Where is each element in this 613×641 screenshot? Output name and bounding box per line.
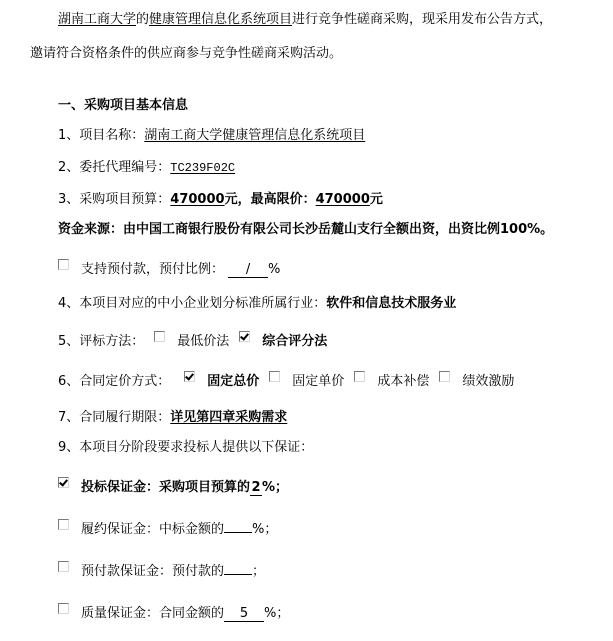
prepay-label: 支持预付款，预付比例： [81, 262, 224, 277]
performance-incentive-checkbox[interactable] [439, 371, 450, 382]
guarantee-quality: 质量保证金：合同金额的5%； [58, 606, 289, 622]
buyer-name: 湖南工商大学 [58, 12, 136, 27]
item-pricing-method: 6、合同定价方式：固定总价固定单价成本补偿绩效激励 [58, 374, 514, 390]
item7-label: 7、合同履行期限： [58, 410, 170, 425]
item6-label: 6、合同定价方式： [58, 374, 170, 389]
bid-guarantee-label: 投标保证金：采购项目预算的 [81, 480, 250, 495]
prepay-suffix: % [268, 262, 280, 277]
prepayment-guarantee-checkbox[interactable] [58, 561, 69, 572]
quality-guarantee-value: 5 [224, 607, 264, 622]
item2-value: TC239F02C [170, 161, 235, 175]
item-budget: 3、采购项目预算：470000元，最高限价：470000元 [58, 192, 383, 208]
item-evaluation-method: 5、评标方法：最低价法综合评分法 [58, 334, 327, 350]
section-heading: 一、采购项目基本信息 [58, 98, 188, 114]
budget-value: 470000 [170, 192, 224, 207]
fixed-unit-checkbox[interactable] [269, 371, 280, 382]
item7-value: 详见第四章采购需求 [170, 410, 287, 425]
funding-text: 资金来源：由中国工商银行股份有限公司长沙岳麓山支行全额出资，出资比例100%。 [58, 222, 553, 237]
fixed-unit-label: 固定单价 [292, 374, 344, 389]
prepay-checkbox[interactable] [58, 259, 69, 270]
max-price-label: 最高限价： [251, 192, 316, 207]
intro-connector: 的 [136, 12, 149, 27]
item9-label: 9、本项目分阶段要求投标人提供以下保证： [58, 440, 313, 455]
lowest-price-label: 最低价法 [177, 334, 229, 349]
bid-guarantee-suffix: %； [262, 480, 288, 495]
guarantee-bid: 投标保证金：采购项目预算的2%； [58, 480, 288, 496]
prepay-ratio-value: / [228, 263, 268, 278]
bid-guarantee-checkbox[interactable] [58, 477, 69, 488]
guarantee-prepayment: 预付款保证金：预付款的； [58, 564, 265, 580]
comprehensive-score-label: 综合评分法 [262, 334, 327, 349]
lowest-price-checkbox[interactable] [154, 331, 165, 342]
guarantee-performance: 履约保证金：中标金额的%； [58, 522, 277, 538]
max-price-unit: 元 [370, 192, 383, 207]
item-industry: 4、本项目对应的中小企业划分标准所属行业：软件和信息技术服务业 [58, 296, 456, 312]
item2-label: 2、委托代理编号： [58, 160, 170, 175]
item-agency-code: 2、委托代理编号：TC239F02C [58, 160, 235, 176]
cost-compensation-checkbox[interactable] [354, 371, 365, 382]
performance-guarantee-checkbox[interactable] [58, 519, 69, 530]
prepay-row: 支持预付款，预付比例：/% [58, 262, 280, 278]
performance-guarantee-value [224, 532, 252, 533]
intro-line-2: 邀请符合资格条件的供应商参与竞争性磋商采购活动。 [30, 46, 342, 62]
intro-line-1: 湖南工商大学的健康管理信息化系统项目进行竞争性磋商采购，现采用发布公告方式， [58, 12, 552, 28]
fixed-total-label: 固定总价 [207, 374, 259, 389]
item1-value: 湖南工商大学健康管理信息化系统项目 [144, 128, 365, 143]
quality-guarantee-label: 质量保证金：合同金额的 [81, 606, 224, 621]
funding-source: 资金来源：由中国工商银行股份有限公司长沙岳麓山支行全额出资，出资比例100%。 [58, 222, 553, 238]
item-guarantees: 9、本项目分阶段要求投标人提供以下保证： [58, 440, 313, 456]
intro-text-2: 邀请符合资格条件的供应商参与竞争性磋商采购活动。 [30, 46, 342, 61]
bid-guarantee-value: 2 [250, 481, 262, 496]
project-name-inline: 健康管理信息化系统项目 [149, 12, 292, 27]
intro-rest: 进行竞争性磋商采购，现采用发布公告方式， [292, 12, 552, 27]
prepayment-guarantee-suffix: ； [252, 564, 265, 579]
item5-label: 5、评标方法： [58, 334, 144, 349]
item-project-name: 1、项目名称：湖南工商大学健康管理信息化系统项目 [58, 128, 365, 144]
comprehensive-score-checkbox[interactable] [239, 331, 250, 342]
performance-incentive-label: 绩效激励 [462, 374, 514, 389]
section-heading-text: 一、采购项目基本信息 [58, 98, 188, 113]
fixed-total-checkbox[interactable] [184, 371, 195, 382]
item1-label: 1、项目名称： [58, 128, 144, 143]
prepayment-guarantee-label: 预付款保证金：预付款的 [81, 564, 224, 579]
item-contract-term: 7、合同履行期限：详见第四章采购需求 [58, 410, 287, 426]
item4-label: 4、本项目对应的中小企业划分标准所属行业： [58, 296, 326, 311]
quality-guarantee-suffix: %； [264, 606, 289, 621]
performance-guarantee-suffix: %； [252, 522, 277, 537]
quality-guarantee-checkbox[interactable] [58, 603, 69, 614]
item3-label: 3、采购项目预算： [58, 192, 170, 207]
prepayment-guarantee-value [224, 574, 252, 575]
max-price-value: 470000 [316, 192, 370, 207]
cost-compensation-label: 成本补偿 [377, 374, 429, 389]
budget-unit: 元， [225, 192, 251, 207]
item4-value: 软件和信息技术服务业 [326, 296, 456, 311]
performance-guarantee-label: 履约保证金：中标金额的 [81, 522, 224, 537]
